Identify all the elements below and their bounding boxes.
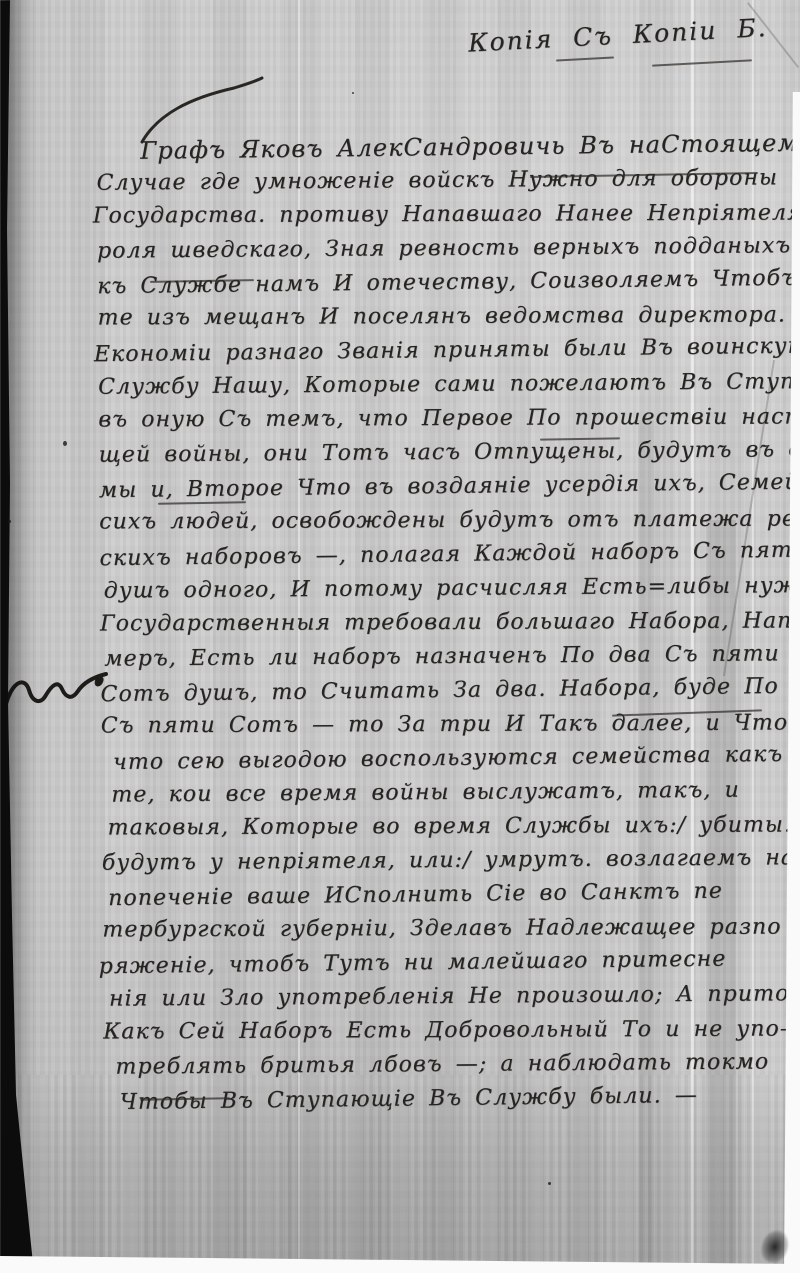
manuscript-line: те, кои все время войны выслужатъ, такъ,… — [111, 773, 791, 812]
manuscript-line: те изъ мещанъ И поселянъ ведомства дирек… — [98, 298, 788, 335]
manuscript-line: сихъ людей, освобождены будутъ отъ плате… — [99, 502, 789, 539]
manuscript-line: Государственныя требовали большаго Набор… — [100, 604, 790, 641]
manuscript-line: Государства. противу Напавшаго Нанее Неп… — [93, 196, 787, 233]
manuscript-line: къ Службе намъ И отечеству, Соизволяемъ … — [97, 262, 787, 304]
paper-speck — [548, 1182, 551, 1185]
manuscript-line: въ оную Съ темъ, что Первое По прошестві… — [98, 400, 788, 437]
paper-speck — [352, 92, 354, 94]
manuscript-line: Какъ Сей Наборъ Есть Добровольный То и н… — [103, 1012, 793, 1049]
paper-speck — [8, 520, 11, 523]
scanned-manuscript-page: Копія Съ Копіи Б. Графъ Яковъ АлекСандро… — [0, 0, 800, 1273]
manuscript-text: Графъ Яковъ АлекСандровичь Въ наСтоящемъ… — [92, 127, 794, 1118]
manuscript-line: душъ одного, И потому расчисляя Есть=либ… — [104, 569, 790, 608]
manuscript-line: Случае где умноженіе войскъ Нужно для об… — [96, 161, 786, 200]
manuscript-line: нія или Зло употребленія Не произошло; А… — [109, 977, 793, 1016]
manuscript-line: таковыя, Которые во время Службы ихъ:/ у… — [108, 808, 792, 845]
manuscript-line: Службу Нашу, Которые сами пожелаютъ Въ С… — [98, 365, 788, 404]
manuscript-line: попеченіе ваше ИСполнить Сіе во Санктъ п… — [108, 874, 792, 916]
manuscript-line: Сотъ душъ, то Считать За два. Набора, бу… — [100, 670, 790, 712]
paper-speck — [63, 441, 67, 446]
manuscript-line: тербургской губерніи, Зделавъ Надлежащее… — [102, 910, 792, 947]
